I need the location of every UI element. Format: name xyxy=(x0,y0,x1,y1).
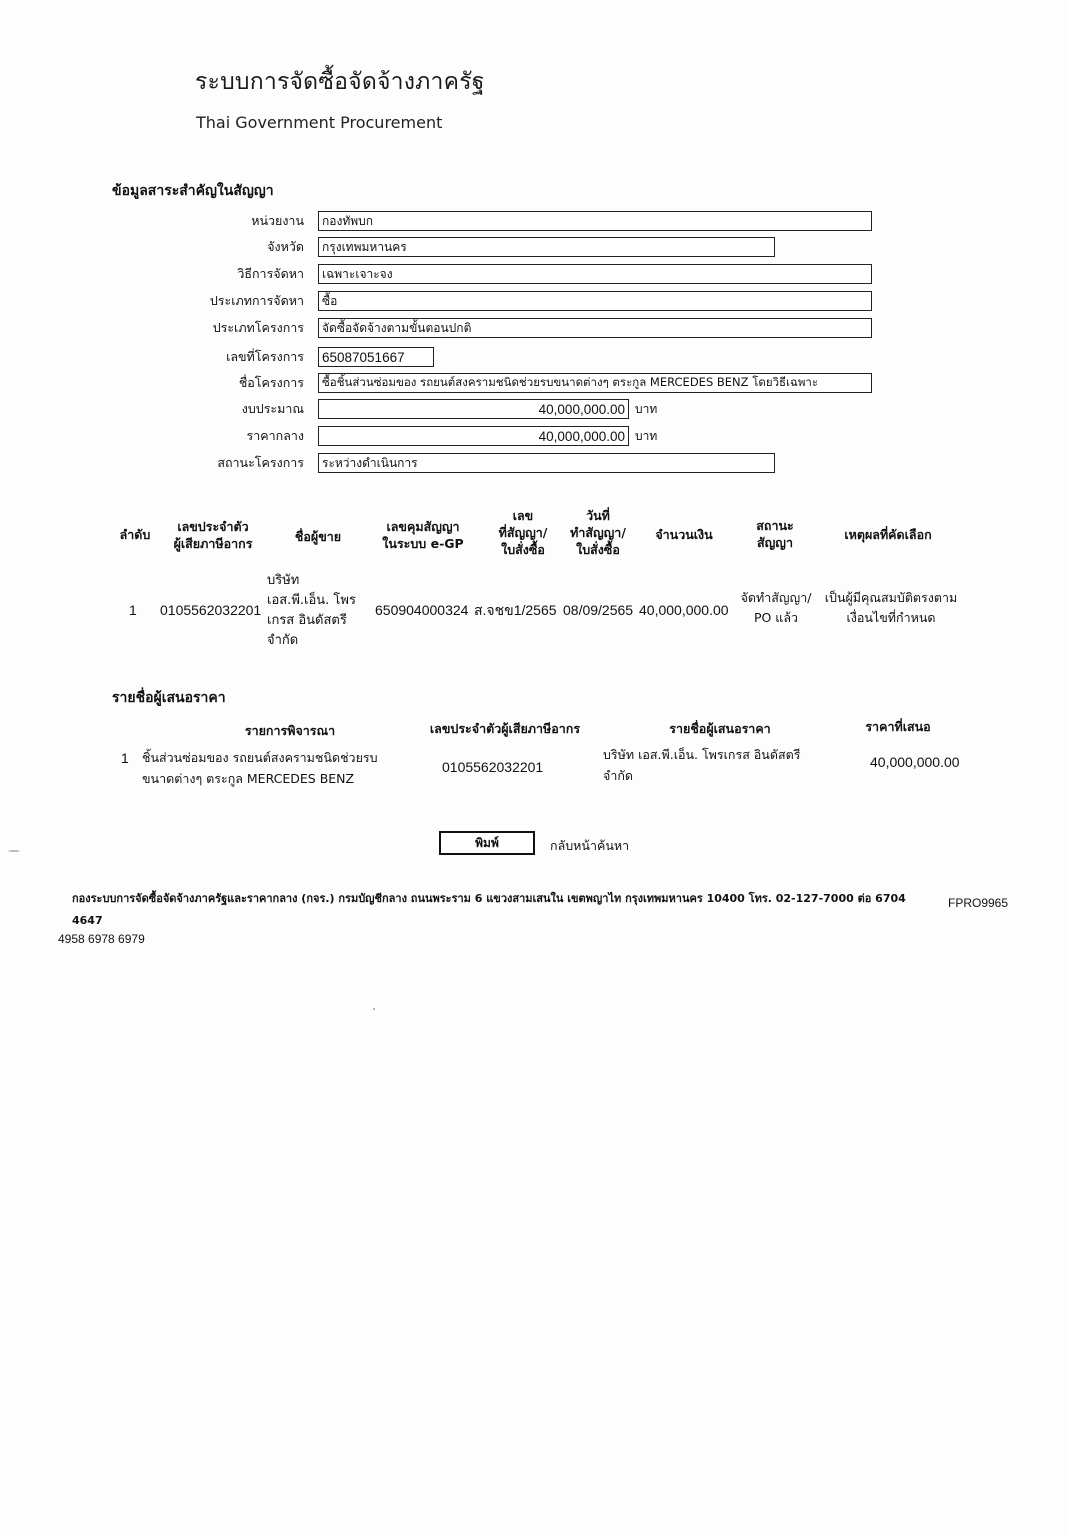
row-no: 1 xyxy=(129,600,137,620)
project-number-value: 65087051667 xyxy=(318,347,434,367)
field-label: ราคากลาง xyxy=(150,426,318,446)
project-type-value: จัดซื้อจัดจ้างตามขั้นตอนปกติ xyxy=(318,318,872,338)
row-contract-date: 08/09/2565 xyxy=(563,600,633,620)
footer: กองระบบการจัดซื้อจัดจ้างภาครัฐและราคากลา… xyxy=(58,888,938,946)
field-project-status: สถานะโครงการ ระหว่างดำเนินการ xyxy=(150,452,775,474)
row-egp-no: 650904000324 xyxy=(375,600,468,620)
bidders-col-tax-id: เลขประจำตัวผู้เสียภาษีอากร xyxy=(410,720,600,737)
bidder-row-item: ชิ้นส่วนซ่อมของ รถยนต์สงครามชนิดช่วยรบ ข… xyxy=(142,747,412,789)
field-label: หน่วยงาน xyxy=(150,211,318,231)
footer-address: กองระบบการจัดซื้อจัดจ้างภาครัฐและราคากลา… xyxy=(58,888,938,932)
col-header-vendor: ชื่อผู้ขาย xyxy=(270,528,366,545)
row-contract-no: ส.จชข1/2565 xyxy=(474,600,557,620)
col-header-tax-id: เลขประจำตัว ผู้เสียภาษีอากร xyxy=(158,518,268,552)
scan-speck xyxy=(8,850,20,852)
col-header-status: สถานะ สัญญา xyxy=(735,517,815,551)
procurement-method-value: เฉพาะเจาะจง xyxy=(318,264,872,284)
field-project-number: เลขที่โครงการ 65087051667 xyxy=(150,346,434,368)
field-label: วิธีการจัดหา xyxy=(150,264,318,284)
col-header-contract-date: วันที่ ทำสัญญา/ ใบสั่งซื้อ xyxy=(560,507,636,558)
field-procurement-type: ประเภทการจัดหา ซื้อ xyxy=(150,290,872,312)
col-header-contract-no: เลข ที่สัญญา/ ใบสั่งซื้อ xyxy=(480,507,566,558)
bidder-row-price: 40,000,000.00 xyxy=(870,752,960,772)
row-vendor: บริษัท เอส.พี.เอ็น. โพร เกรส อินดัสตรี จ… xyxy=(267,571,367,651)
col-header-reason: เหตุผลที่คัดเลือก xyxy=(818,526,958,543)
field-project-type: ประเภทโครงการ จัดซื้อจัดจ้างตามขั้นตอนปก… xyxy=(150,317,872,339)
field-label: ประเภทโครงการ xyxy=(150,318,318,338)
scan-speck xyxy=(373,1008,375,1010)
field-project-name: ชื่อโครงการ ซื้อชิ้นส่วนซ่อมของ รถยนต์สง… xyxy=(150,372,872,394)
budget-value: 40,000,000.00 xyxy=(318,399,629,419)
col-header-egp-no: เลขคุมสัญญา ในระบบ e-GP xyxy=(368,518,478,552)
agency-value: กองทัพบก xyxy=(318,211,872,231)
bidders-col-price: ราคาที่เสนอ xyxy=(848,718,948,735)
bidders-col-bidder: รายชื่อผู้เสนอราคา xyxy=(640,720,800,737)
bidder-row-no: 1 xyxy=(121,748,129,768)
contract-info-heading: ข้อมูลสาระสำคัญในสัญญา xyxy=(112,180,274,202)
project-status-value: ระหว่างดำเนินการ xyxy=(318,453,775,473)
field-label: งบประมาณ xyxy=(150,399,318,419)
field-label: เลขที่โครงการ xyxy=(150,347,318,367)
row-tax-id: 0105562032201 xyxy=(160,600,261,620)
reference-price-unit: บาท xyxy=(635,427,657,446)
reference-price-value: 40,000,000.00 xyxy=(318,426,629,446)
col-header-no: ลำดับ xyxy=(110,526,160,543)
field-agency: หน่วยงาน กองทัพบก xyxy=(150,210,872,232)
bidder-row-tax-id: 0105562032201 xyxy=(442,757,543,777)
page-title-thai: ระบบการจัดซื้อจัดจ้างภาครัฐ xyxy=(195,64,485,100)
field-province: จังหวัด กรุงเทพมหานคร xyxy=(150,236,775,258)
print-button[interactable]: พิมพ์ xyxy=(439,831,535,855)
page-title-english: Thai Government Procurement xyxy=(196,113,442,132)
bidder-row-name: บริษัท เอส.พี.เอ็น. โพรเกรส อินดัสตรี จำ… xyxy=(603,744,833,786)
field-label: สถานะโครงการ xyxy=(150,453,318,473)
row-amount: 40,000,000.00 xyxy=(639,600,729,620)
project-name-value: ซื้อชิ้นส่วนซ่อมของ รถยนต์สงครามชนิดช่วย… xyxy=(318,373,872,393)
bidders-col-item: รายการพิจารณา xyxy=(200,722,380,739)
budget-unit: บาท xyxy=(635,400,657,419)
row-status: จัดทำสัญญา/ PO แล้ว xyxy=(733,588,819,628)
field-budget: งบประมาณ 40,000,000.00 บาท xyxy=(150,398,657,420)
footer-phone-ext: 4958 6978 6979 xyxy=(58,932,938,946)
field-label: จังหวัด xyxy=(150,237,318,257)
col-header-amount: จำนวนเงิน xyxy=(640,526,728,543)
field-reference-price: ราคากลาง 40,000,000.00 บาท xyxy=(150,425,657,447)
back-to-search-link[interactable]: กลับหน้าค้นหา xyxy=(550,836,629,856)
form-code: FPRO9965 xyxy=(948,896,1008,910)
procurement-type-value: ซื้อ xyxy=(318,291,872,311)
province-value: กรุงเทพมหานคร xyxy=(318,237,775,257)
field-procurement-method: วิธีการจัดหา เฉพาะเจาะจง xyxy=(150,263,872,285)
bidders-heading: รายชื่อผู้เสนอราคา xyxy=(112,687,226,709)
row-reason: เป็นผู้มีคุณสมบัติตรงตาม เงื่อนไขที่กำหน… xyxy=(816,588,966,628)
field-label: ประเภทการจัดหา xyxy=(150,291,318,311)
field-label: ชื่อโครงการ xyxy=(150,373,318,393)
